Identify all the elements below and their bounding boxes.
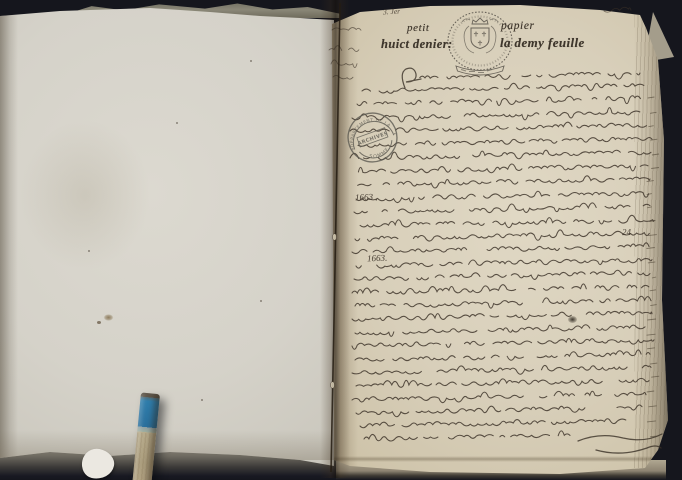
tax-stamp-text-huict-denier: huict denier:	[381, 37, 453, 52]
brown-stain-spot	[102, 313, 115, 322]
tax-stamp-text-papier: papier	[501, 20, 535, 32]
small-stain-dot	[97, 321, 101, 324]
paper-speck	[260, 300, 262, 302]
left-page-edge-shading	[0, 0, 18, 480]
stamp-arc-bottom-text: SOMME	[367, 145, 393, 162]
stamp-center-text: ARCHIVES	[357, 131, 389, 148]
tax-stamp-text-petit: petit	[407, 22, 430, 34]
date-annotation: 3. Jer	[383, 7, 401, 17]
faint-stain	[20, 120, 150, 270]
year-fragment-1663: 1663 ,	[355, 192, 378, 203]
svg-text:SOMME: SOMME	[367, 145, 393, 162]
book-gutter	[320, 0, 350, 478]
left-blank-page	[0, 0, 334, 480]
paper-speck	[250, 60, 252, 62]
bottom-crease	[332, 456, 672, 462]
archive-round-stamp: DÉPARTEMENT DE LA SOMME ARCHIVES	[342, 107, 403, 168]
paper-speck	[201, 399, 203, 401]
ink-blot	[568, 316, 577, 323]
year-fragment-1663-b: 1663.	[367, 253, 388, 264]
crown-icon	[472, 18, 488, 24]
paper-speck	[88, 250, 90, 252]
paper-speck	[176, 122, 178, 124]
stamp-dot	[352, 148, 354, 150]
page-stack-fore-edge	[634, 6, 670, 468]
tax-stamp-text-demy-feuille: la demy feuille	[500, 35, 585, 51]
fleur-de-lis-icon	[474, 32, 486, 46]
stamp-dot	[394, 133, 396, 135]
number-fragment-24: 24	[622, 227, 631, 237]
manuscript-photo: petit papier huict denier: la demy feuil…	[0, 0, 682, 480]
